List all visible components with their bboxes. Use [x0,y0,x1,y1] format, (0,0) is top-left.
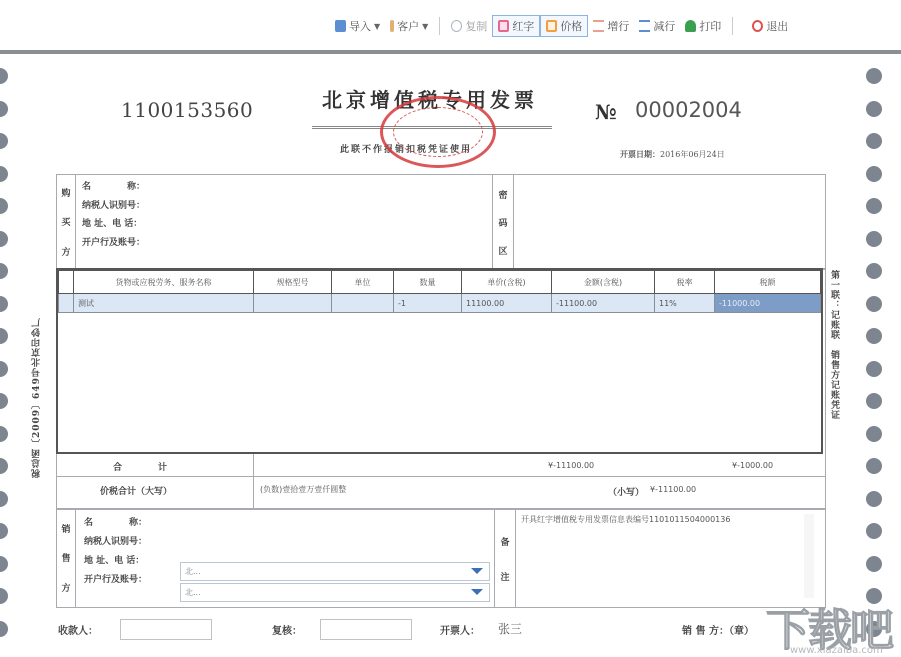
payee-label: 收款人： [58,622,98,637]
remarks-scrollbar[interactable] [804,514,814,598]
seller-bank-label: 开户行及账号： [84,571,147,590]
chevron-down-icon[interactable] [471,589,483,595]
exit-icon [752,20,763,32]
seller-seal-label: 销 售 方：（章） [682,622,754,637]
table-row[interactable]: 测试 -1 11100.00 -11100.00 11% -11000.00 [59,294,821,313]
remove-row-icon [639,20,650,32]
copy-icon [451,20,462,32]
print-button[interactable]: 打印 [680,15,726,37]
toolbar-divider [732,17,733,35]
chevron-down-icon: ▼ [422,22,428,31]
buyer-name-label: 名 称： [82,178,145,197]
cell-quantity[interactable]: -1 [394,294,462,313]
buyer-section [56,174,826,270]
drawer-label: 开票人： [440,622,480,637]
total-in-words-label: 价税合计（大写） [100,484,172,497]
goods-table: 货物或应税劳务、服务名称 规格型号 单位 数量 单价(含税) 金额(含税) 税率… [56,268,823,454]
top-divider [0,50,901,54]
total-in-words: (负数)壹拾壹万壹仟圆整 [260,484,346,495]
remove-row-button[interactable]: 减行 [634,15,680,37]
cell-tax-rate[interactable]: 11% [655,294,715,313]
seller-label: 销售方 [58,514,74,602]
col-tax-rate: 税率 [655,271,715,294]
seller-address-select[interactable]: 北... [180,562,490,581]
total-small-label: （小写） [608,485,644,498]
seller-taxid-label: 纳税人识别号： [84,533,147,552]
total-small-value: ¥-11100.00 [650,485,696,494]
toolbar: 导入▼ 客户▼ 复制 红字 价格 增行 减行 打印 退出 [330,14,793,38]
invoice-code: 1100153560 [121,98,253,122]
buyer-label: 购买方 [58,178,74,266]
seller-fields: 名 称： 纳税人识别号： 地 址、电 话： 开户行及账号： [84,514,147,590]
price-button[interactable]: 价格 [540,15,588,37]
total-amount: ¥-11100.00 [548,461,594,470]
total-tax: ¥-1000.00 [732,461,773,470]
reviewer-label: 复核： [272,622,302,637]
invoice-number: 00002004 [635,98,742,122]
remarks-label: 备注 [496,524,514,594]
customer-icon [390,20,394,32]
cell-unit-price[interactable]: 11100.00 [462,294,552,313]
copy-button[interactable]: 复制 [446,15,492,37]
col-unit-price: 单价(含税) [462,271,552,294]
price-icon [546,20,557,32]
cell-spec[interactable] [254,294,332,313]
perforation-right [866,68,882,653]
cell-tax[interactable]: -11000.00 [715,294,821,313]
password-area-label: 密码区 [494,180,512,264]
print-icon [685,20,696,32]
col-spec: 规格型号 [254,271,332,294]
seller-bank-select[interactable]: 北... [180,583,490,602]
goods-header-row: 货物或应税劳务、服务名称 规格型号 单位 数量 单价(含税) 金额(含税) 税率… [59,271,821,294]
buyer-address-label: 地 址、电 话： [82,215,145,234]
buyer-fields: 名 称： 纳税人识别号： 地 址、电 话： 开户行及账号： [82,178,145,252]
red-letter-button[interactable]: 红字 [492,15,540,37]
total-label: 合 计 [113,460,167,473]
red-letter-icon [498,20,509,32]
buyer-bank-label: 开户行及账号： [82,234,145,253]
import-icon [335,20,346,32]
toolbar-divider [439,17,440,35]
seller-name-label: 名 称： [84,514,147,533]
customer-button[interactable]: 客户▼ [385,15,433,37]
reviewer-input[interactable] [320,619,412,640]
payee-input[interactable] [120,619,212,640]
row-marker-header [59,271,74,294]
issue-date: 开票日期：2016年06月24日 [620,149,725,160]
col-item-name: 货物或应税劳务、服务名称 [74,271,254,294]
cell-item-name[interactable]: 测试 [74,294,254,313]
side-left-text: 税总函〔2009〕649号北京印钞厂 [30,268,43,478]
col-amount: 金额(含税) [552,271,655,294]
drawer-value: 张三 [498,620,522,637]
remarks-textarea[interactable]: 开具红字增值税专用发票信息表编号1101011504000136 [518,511,818,601]
number-sign: № [595,100,617,124]
cell-unit[interactable] [332,294,394,313]
side-right-text: 第一联：记账联 销售方记账凭证 [828,270,841,480]
perforation-left [0,68,8,653]
add-row-button[interactable]: 增行 [588,15,634,37]
exit-button[interactable]: 退出 [747,15,793,37]
chevron-down-icon[interactable] [471,568,483,574]
chevron-down-icon: ▼ [374,22,380,31]
col-tax: 税额 [715,271,821,294]
add-row-icon [593,20,604,32]
cell-amount[interactable]: -11100.00 [552,294,655,313]
col-unit: 单位 [332,271,394,294]
row-marker[interactable] [59,294,74,313]
seller-address-label: 地 址、电 话： [84,552,147,571]
watermark-url: www.xiazaiba.com [790,645,883,656]
official-seal [380,96,496,168]
col-quantity: 数量 [394,271,462,294]
buyer-taxid-label: 纳税人识别号： [82,197,145,216]
import-button[interactable]: 导入▼ [330,15,385,37]
